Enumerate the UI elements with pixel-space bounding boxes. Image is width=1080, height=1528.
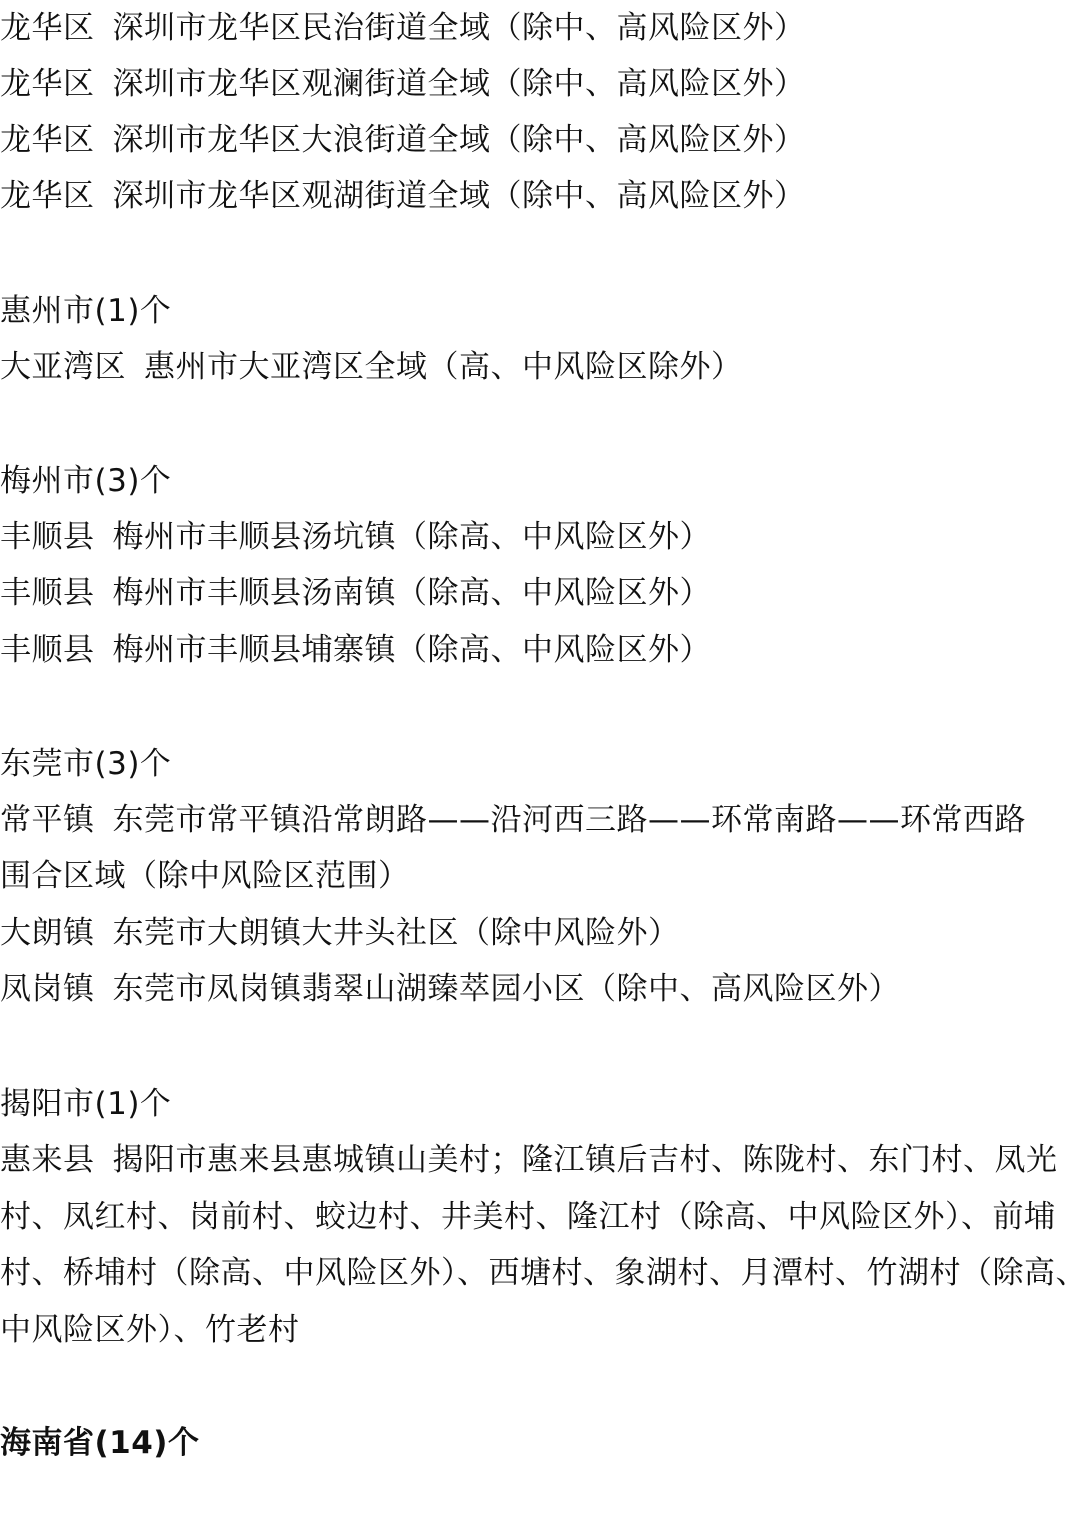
- list-item: 丰顺县梅州市丰顺县汤南镇（除高、中风险区外）: [0, 565, 711, 621]
- district-name: 龙华区: [0, 66, 95, 102]
- area-description: 东莞市常平镇沿常朗路——沿河西三路——环常南路——环常西路: [113, 802, 1027, 838]
- city-heading-meizhou: 梅州市(3)个: [0, 453, 171, 509]
- district-name: 丰顺县: [0, 519, 95, 555]
- district-name: 龙华区: [0, 10, 95, 46]
- province-heading-hainan: 海南省(14)个: [0, 1415, 199, 1471]
- list-item: 丰顺县梅州市丰顺县埔寨镇（除高、中风险区外）: [0, 622, 711, 678]
- area-description: 惠州市大亚湾区全域（高、中风险区除外）: [144, 349, 743, 385]
- area-description: 梅州市丰顺县汤南镇（除高、中风险区外）: [113, 575, 712, 611]
- district-name: 丰顺县: [0, 575, 95, 611]
- city-heading-jieyang: 揭阳市(1)个: [0, 1076, 171, 1132]
- area-description: 梅州市丰顺县汤坑镇（除高、中风险区外）: [113, 519, 712, 555]
- city-heading-dongguan: 东莞市(3)个: [0, 736, 171, 792]
- list-item: 大亚湾区惠州市大亚湾区全域（高、中风险区除外）: [0, 339, 743, 395]
- list-item-continuation: 围合区域（除中风险区范围）: [0, 848, 410, 904]
- list-item-continuation: 村、凤红村、岗前村、蛟边村、井美村、隆江村（除高、中风险区外）、前埔: [0, 1189, 1056, 1245]
- district-name: 龙华区: [0, 122, 95, 158]
- list-item: 龙华区深圳市龙华区观澜街道全域（除中、高风险区外）: [0, 56, 806, 112]
- list-item: 凤岗镇东莞市凤岗镇翡翠山湖臻萃园小区（除中、高风险区外）: [0, 961, 900, 1017]
- list-item: 常平镇东莞市常平镇沿常朗路——沿河西三路——环常南路——环常西路: [0, 792, 1026, 848]
- list-item-continuation: 中风险区外）、竹老村: [0, 1302, 300, 1358]
- district-name: 常平镇: [0, 802, 95, 838]
- list-item: 龙华区深圳市龙华区观湖街道全域（除中、高风险区外）: [0, 168, 806, 224]
- list-item-continuation: 村、桥埔村（除高、中风险区外）、西塘村、象湖村、月潭村、竹湖村（除高、: [0, 1245, 1080, 1301]
- area-description: 深圳市龙华区大浪街道全域（除中、高风险区外）: [113, 122, 806, 158]
- list-item: 龙华区深圳市龙华区民治街道全域（除中、高风险区外）: [0, 0, 806, 56]
- list-item: 惠来县揭阳市惠来县惠城镇山美村；隆江镇后吉村、陈陇村、东门村、凤光: [0, 1132, 1058, 1188]
- list-item: 丰顺县梅州市丰顺县汤坑镇（除高、中风险区外）: [0, 509, 711, 565]
- district-name: 大亚湾区: [0, 349, 126, 385]
- area-description: 东莞市凤岗镇翡翠山湖臻萃园小区（除中、高风险区外）: [113, 971, 901, 1007]
- list-item: 大朗镇东莞市大朗镇大井头社区（除中风险外）: [0, 905, 680, 961]
- district-name: 丰顺县: [0, 632, 95, 668]
- area-description: 东莞市大朗镇大井头社区（除中风险外）: [113, 915, 680, 951]
- area-description: 深圳市龙华区观澜街道全域（除中、高风险区外）: [113, 66, 806, 102]
- area-description: 深圳市龙华区民治街道全域（除中、高风险区外）: [113, 10, 806, 46]
- area-description: 梅州市丰顺县埔寨镇（除高、中风险区外）: [113, 632, 712, 668]
- list-item: 龙华区深圳市龙华区大浪街道全域（除中、高风险区外）: [0, 112, 806, 168]
- district-name: 凤岗镇: [0, 971, 95, 1007]
- area-description: 揭阳市惠来县惠城镇山美村；隆江镇后吉村、陈陇村、东门村、凤光: [113, 1142, 1058, 1178]
- district-name: 龙华区: [0, 178, 95, 214]
- district-name: 大朗镇: [0, 915, 95, 951]
- city-heading-huizhou: 惠州市(1)个: [0, 283, 171, 339]
- area-description: 深圳市龙华区观湖街道全域（除中、高风险区外）: [113, 178, 806, 214]
- district-name: 惠来县: [0, 1142, 95, 1178]
